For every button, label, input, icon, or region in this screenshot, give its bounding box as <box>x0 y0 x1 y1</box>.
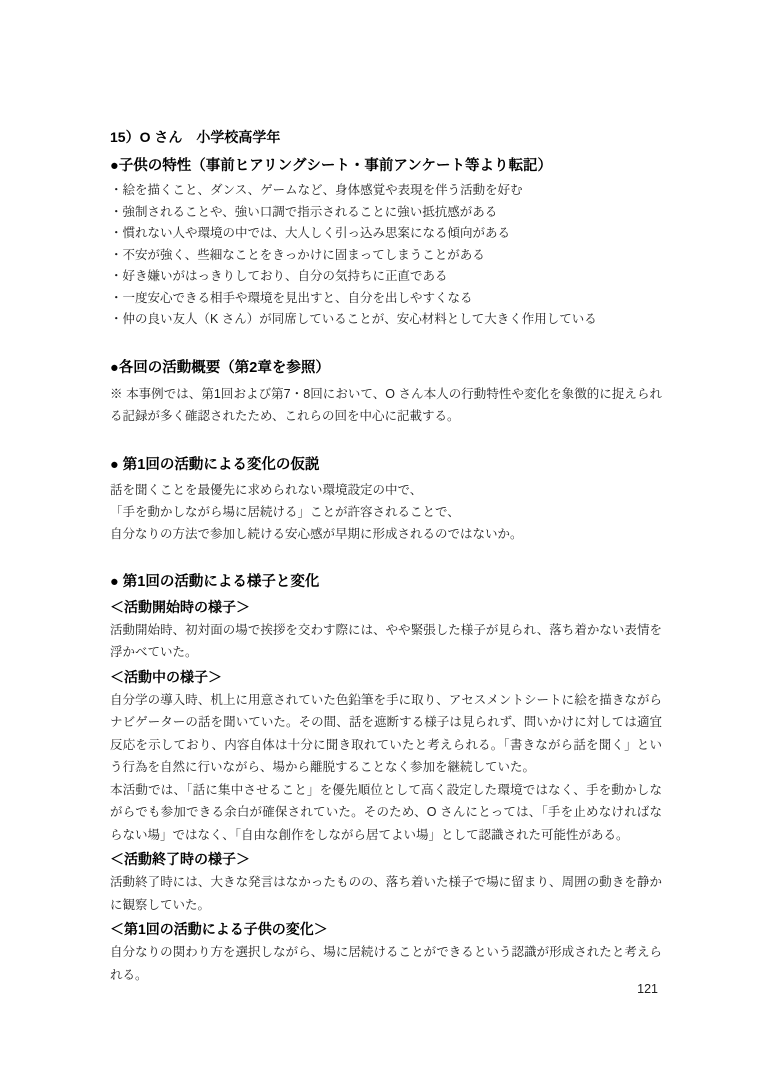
hypothesis-line: 自分なりの方法で参加し続ける安心感が早期に形成されるのではないか。 <box>110 523 662 545</box>
subheading-activity-during: ＜活動中の様子＞ <box>110 665 662 689</box>
bullet-item: ・絵を描くこと、ダンス、ゲームなど、身体感覚や表現を伴う活動を好む <box>110 180 662 202</box>
bullet-item: ・一度安心できる相手や環境を見出すと、自分を出しやすくなる <box>110 288 662 310</box>
page-content: 15）O さん 小学校高学年 ●子供の特性（事前ヒアリングシート・事前アンケート… <box>110 126 662 986</box>
hypothesis-lines: 話を聞くことを最優先に求められない環境設定の中で、 「手を動かしながら場に居続け… <box>110 479 662 545</box>
bullet-item: ・不安が強く、些細なことをきっかけに固まってしまうことがある <box>110 245 662 267</box>
activity-start-text: 活動開始時、初対面の場で挨拶を交わす際には、やや緊張した様子が見られ、落ち着かな… <box>110 619 662 664</box>
page-number: 121 <box>637 982 658 996</box>
child-change-text: 自分なりの関わり方を選択しながら、場に居続けることができるという認識が形成された… <box>110 941 662 986</box>
hypothesis-line: 「手を動かしながら場に居続ける」ことが許容されることで、 <box>110 501 662 523</box>
subheading-activity-end: ＜活動終了時の様子＞ <box>110 847 662 871</box>
bullet-item: ・慣れない人や環境の中では、大人しく引っ込み思案になる傾向がある <box>110 223 662 245</box>
activity-during-paragraph-2: 本活動では、「話に集中させること」を優先順位として高く設定した環境ではなく、手を… <box>110 779 662 847</box>
activity-during-paragraph-1: 自分学の導入時、机上に用意されていた色鉛筆を手に取り、アセスメントシートに絵を描… <box>110 689 662 779</box>
section-heading-activity-overview: ●各回の活動概要（第2章を参照） <box>110 356 662 380</box>
section-heading-session1: ● 第1回の活動による様子と変化 <box>110 570 662 594</box>
section-heading-hypothesis: ● 第1回の活動による変化の仮説 <box>110 453 662 477</box>
activity-overview-note: ※ 本事例では、第1回および第7・8回において、O さん本人の行動特性や変化を象… <box>110 383 662 428</box>
section-heading-child-traits: ●子供の特性（事前ヒアリングシート・事前アンケート等より転記） <box>110 154 662 178</box>
child-traits-bullet-list: ・絵を描くこと、ダンス、ゲームなど、身体感覚や表現を伴う活動を好む ・強制される… <box>110 180 662 331</box>
subheading-child-change: ＜第1回の活動による子供の変化＞ <box>110 917 662 941</box>
bullet-item: ・強制されることや、強い口調で指示されることに強い抵抗感がある <box>110 202 662 224</box>
case-title: 15）O さん 小学校高学年 <box>110 126 662 148</box>
hypothesis-line: 話を聞くことを最優先に求められない環境設定の中で、 <box>110 479 662 501</box>
subheading-activity-start: ＜活動開始時の様子＞ <box>110 595 662 619</box>
bullet-item: ・好き嫌いがはっきりしており、自分の気持ちに正直である <box>110 266 662 288</box>
activity-end-text: 活動終了時には、大きな発言はなかったものの、落ち着いた様子で場に留まり、周囲の動… <box>110 871 662 916</box>
bullet-item: ・仲の良い友人（K さん）が同席していることが、安心材料として大きく作用している <box>110 309 662 331</box>
document-page: 15）O さん 小学校高学年 ●子供の特性（事前ヒアリングシート・事前アンケート… <box>0 0 768 1087</box>
